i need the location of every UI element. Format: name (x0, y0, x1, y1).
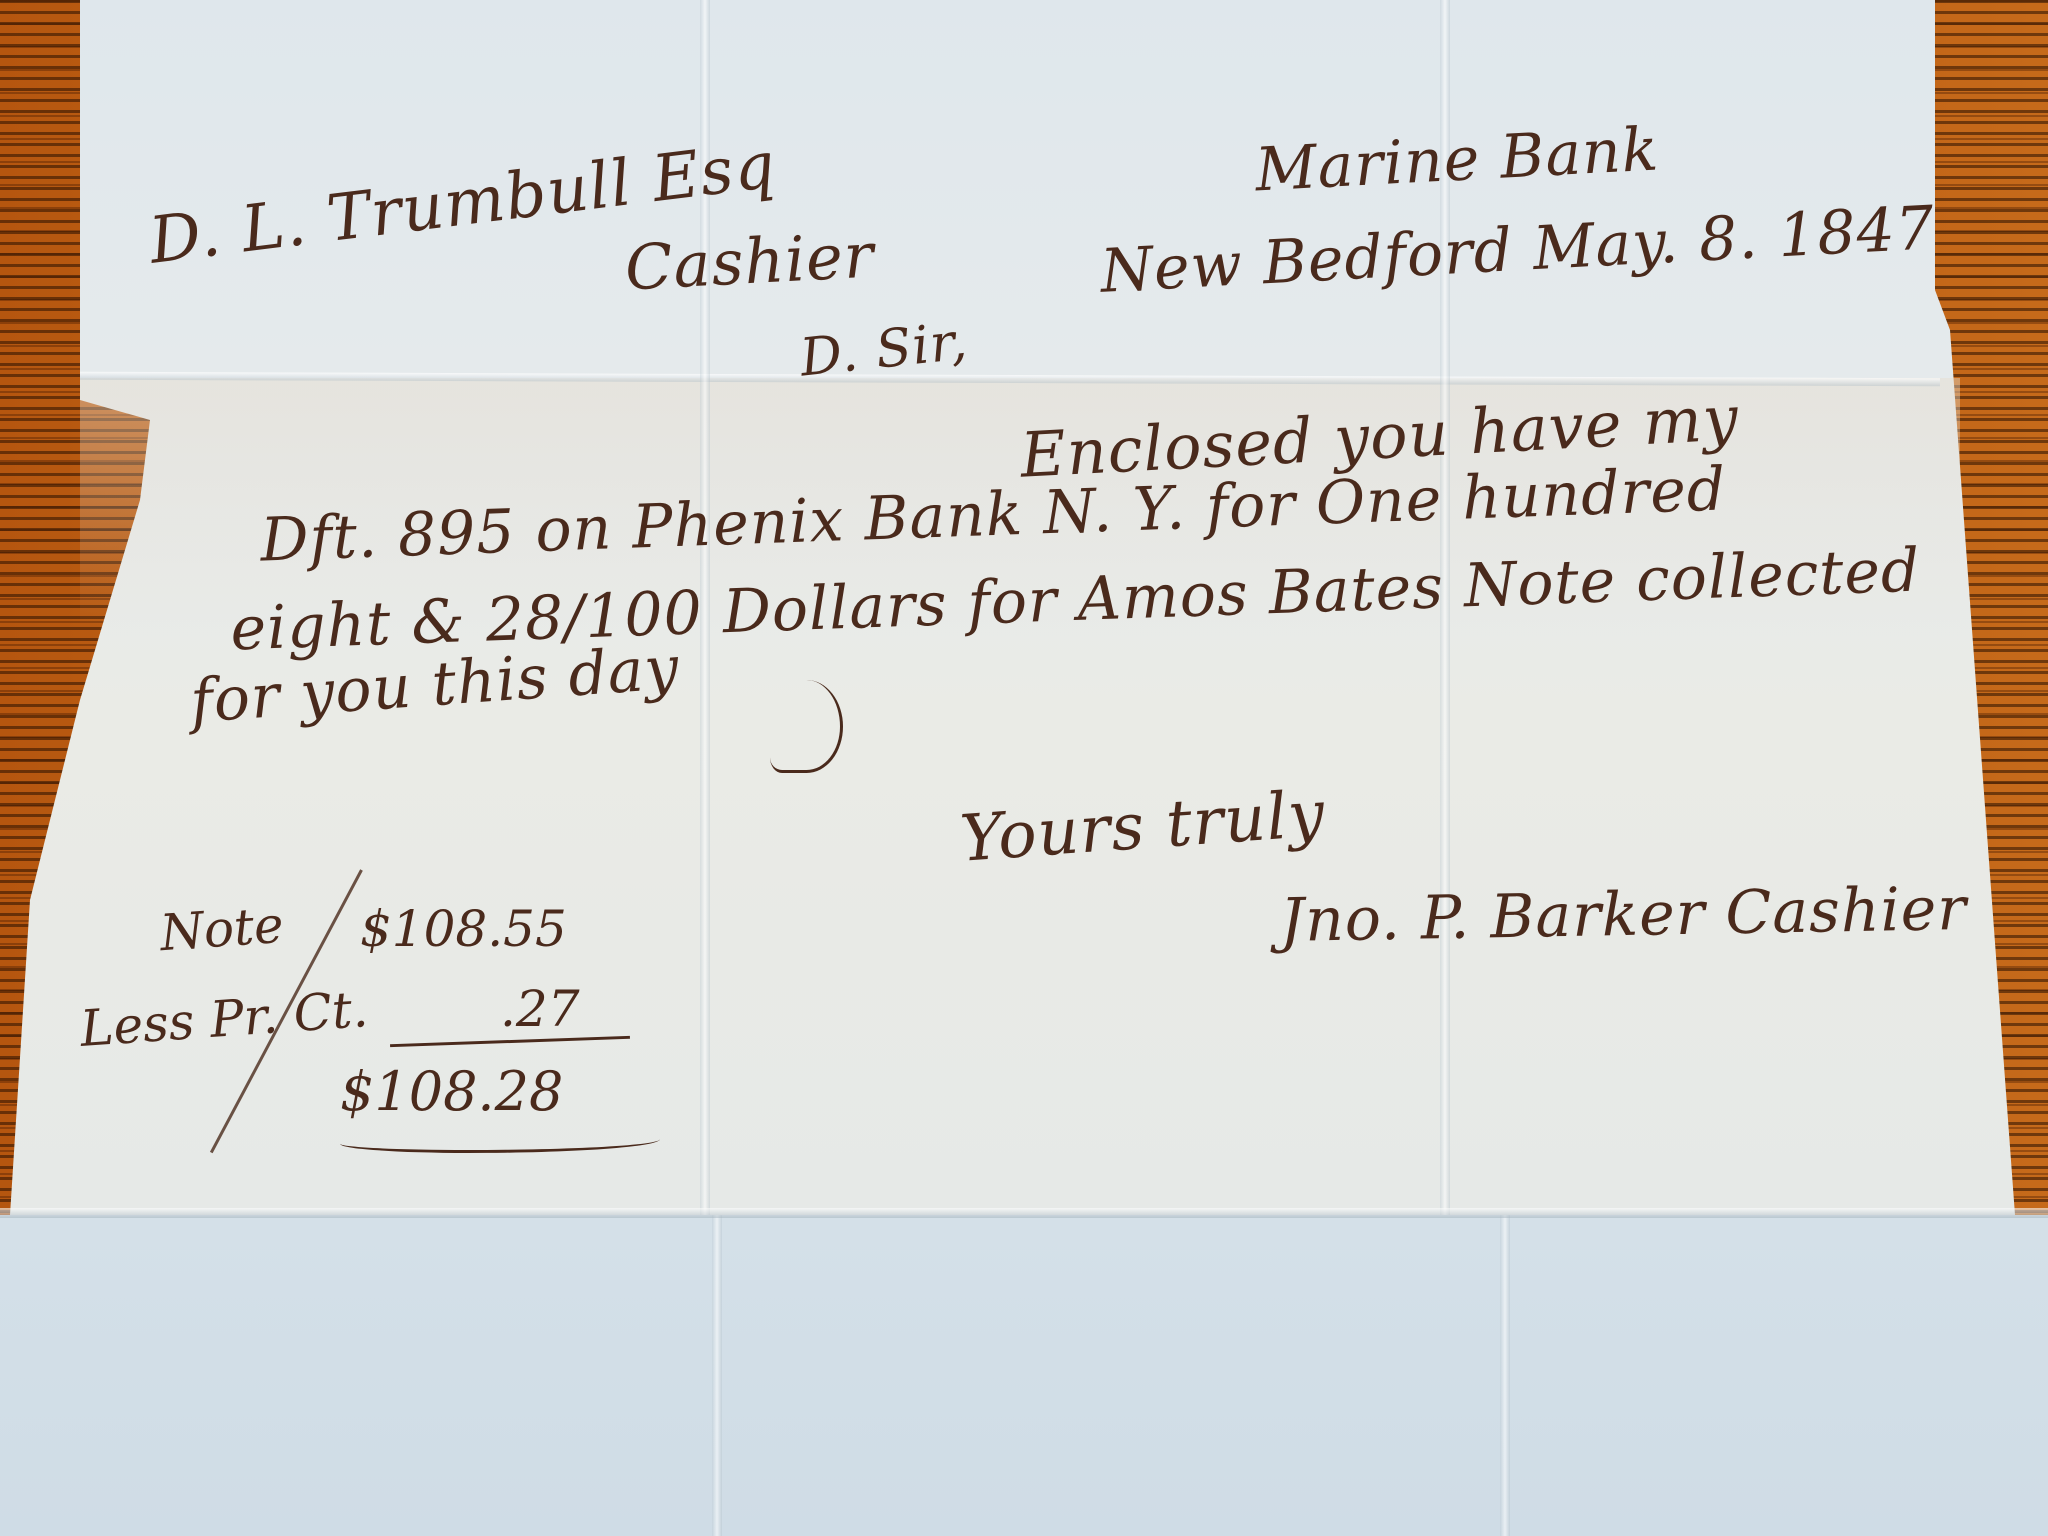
bottom-fold-edge (0, 1208, 2048, 1218)
addressee-title: Cashier (623, 219, 876, 305)
signature: Jno. P. Barker Cashier (1279, 874, 1967, 956)
calc-amount-note: $108.55 (360, 900, 567, 958)
vertical-fold-line-bottom-left (712, 1215, 722, 1536)
bottom-folded-panel (0, 1215, 2048, 1536)
calc-underline-flourish (340, 1130, 660, 1153)
calc-total: $108.28 (340, 1060, 563, 1123)
calc-amount-less: .27 (500, 980, 580, 1038)
calculation-block: Note $108.55 Less Pr. Ct. .27 $108.28 (60, 890, 660, 1190)
calc-label-note: Note (158, 896, 285, 962)
closing-brace-flourish (770, 680, 843, 773)
vertical-fold-line-bottom-right (1500, 1215, 1510, 1536)
calc-label-less: Less Pr. Ct. (78, 980, 369, 1058)
